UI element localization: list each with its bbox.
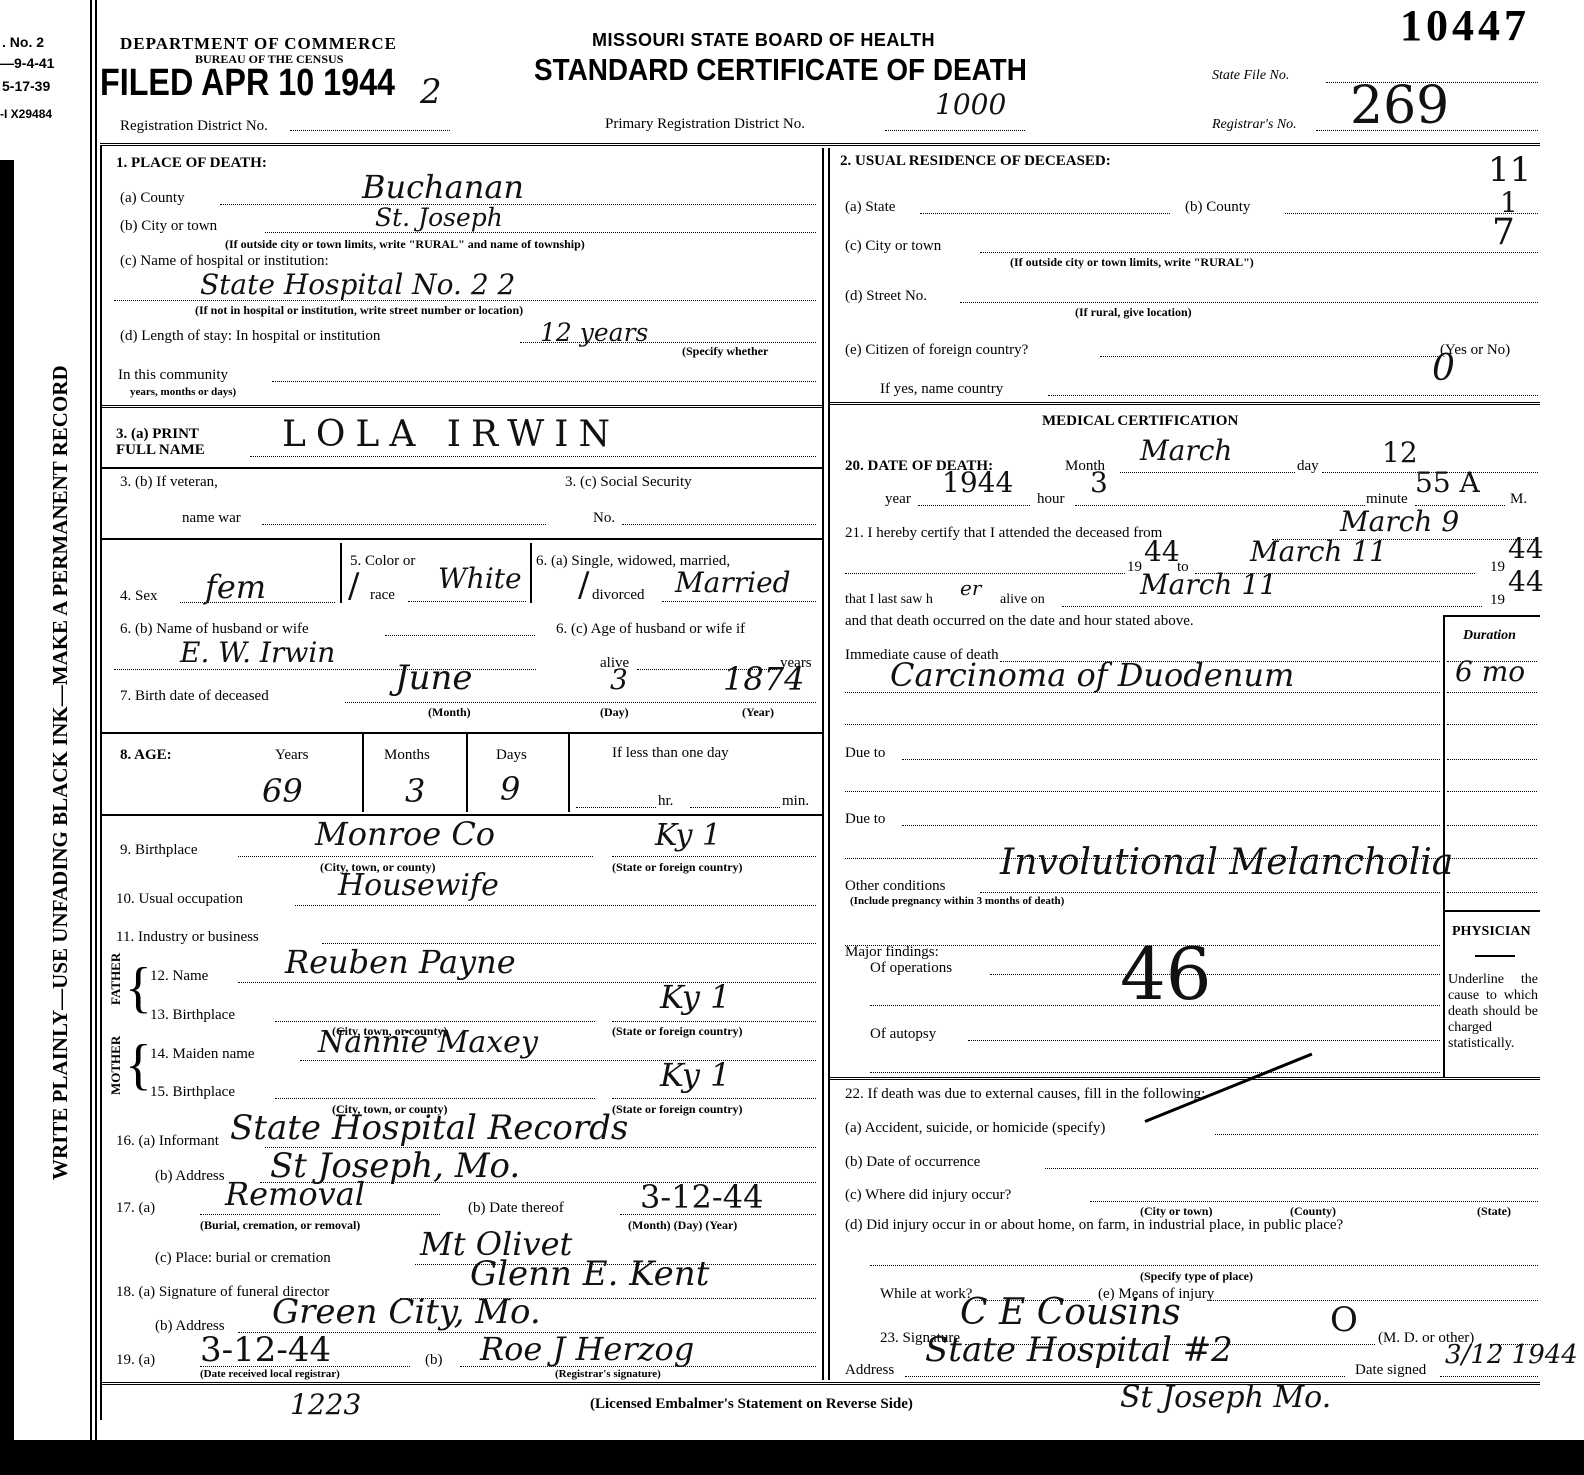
rule-after-name bbox=[100, 467, 822, 469]
from-year: 44 bbox=[1144, 535, 1180, 568]
res-city-mark: 7 bbox=[1492, 212, 1515, 253]
age-years: 69 bbox=[262, 772, 303, 810]
filed-handwritten: 2 bbox=[420, 72, 442, 112]
autopsy-field[interactable] bbox=[968, 1040, 1440, 1041]
residence-heading: 2. USUAL RESIDENCE OF DECEASED: bbox=[840, 153, 1111, 170]
date-signed-value: 3/12 1944 bbox=[1445, 1340, 1578, 1370]
country-label: If yes, name country bbox=[880, 381, 1003, 398]
father-name-value: Reuben Payne bbox=[285, 943, 516, 981]
column-divider-b bbox=[828, 148, 830, 1380]
occurred-label: and that death occurred on the date and … bbox=[845, 613, 1194, 630]
lastsaw-suffix: er bbox=[960, 576, 981, 600]
age-months-label: Months bbox=[384, 747, 430, 764]
dept-heading: DEPARTMENT OF COMMERCE bbox=[120, 34, 397, 54]
duration-label: Duration bbox=[1463, 628, 1516, 644]
ssn-field[interactable] bbox=[622, 524, 816, 525]
dod-month-value: March bbox=[1140, 434, 1232, 467]
footer-number: 1223 bbox=[290, 1388, 361, 1421]
funeral-director-value: Glenn E. Kent bbox=[470, 1254, 709, 1294]
informant-address-label: (b) Address bbox=[155, 1168, 225, 1185]
disposal-label: 17. (a) bbox=[116, 1200, 155, 1217]
disposal-field[interactable] bbox=[200, 1214, 440, 1215]
dod-year-value: 1944 bbox=[942, 466, 1013, 499]
county-label: (a) County bbox=[120, 190, 185, 207]
physician-dash bbox=[1475, 955, 1515, 957]
duration-dots-7 bbox=[1447, 892, 1537, 893]
lastsaw-year: 44 bbox=[1508, 565, 1544, 598]
disposal-date-label: (b) Date thereof bbox=[468, 1200, 564, 1217]
min-label: min. bbox=[782, 793, 809, 810]
signature-mark: O bbox=[1330, 1300, 1358, 1340]
birth-date-field[interactable] bbox=[345, 702, 816, 703]
date-signed-label: Date signed bbox=[1355, 1362, 1426, 1379]
father-birth-state: Ky 1 bbox=[660, 978, 730, 1016]
mother-maiden-label: 14. Maiden name bbox=[150, 1046, 255, 1063]
lastsaw-value: March 11 bbox=[1140, 568, 1277, 601]
duration-dots-3 bbox=[1447, 759, 1537, 760]
other-conditions-value: Involutional Melancholia bbox=[1000, 842, 1453, 883]
physician-top-rule bbox=[1443, 910, 1540, 912]
birthplace-city-field[interactable] bbox=[238, 856, 593, 857]
attended-to-value: March 11 bbox=[1250, 535, 1387, 568]
attended-dots bbox=[845, 573, 1125, 574]
occupation-value: Housewife bbox=[338, 868, 499, 903]
due-to-1-dots-2 bbox=[845, 791, 1440, 792]
margin-note-2: —9-4-41 bbox=[0, 55, 54, 71]
informant-value: State Hospital Records bbox=[230, 1108, 628, 1148]
external-b-field[interactable] bbox=[1045, 1168, 1538, 1169]
community-field[interactable] bbox=[272, 381, 816, 382]
father-side-label: FATHER bbox=[108, 953, 124, 1005]
rule-after-veteran bbox=[100, 538, 822, 540]
due-to-1-label: Due to bbox=[845, 745, 885, 762]
age-days: 9 bbox=[500, 770, 520, 808]
race-field[interactable] bbox=[408, 601, 526, 602]
industry-label: 11. Industry or business bbox=[116, 929, 259, 946]
immediate-value: Carcinoma of Duodenum bbox=[890, 656, 1294, 694]
mother-maiden-field[interactable] bbox=[300, 1060, 816, 1061]
margin-rule-1 bbox=[90, 0, 92, 1440]
rule-before-age bbox=[100, 732, 822, 734]
margin-note-3: 5-17-39 bbox=[2, 78, 50, 94]
external-c-caption-state: (State) bbox=[1477, 1204, 1511, 1219]
mother-birthplace-label: 15. Birthplace bbox=[150, 1084, 235, 1101]
director-address-value: Green City, Mo. bbox=[272, 1292, 541, 1332]
hr-label: hr. bbox=[658, 793, 673, 810]
father-birth-city-field[interactable] bbox=[275, 1021, 595, 1022]
attended-from-value: March 9 bbox=[1340, 505, 1459, 538]
disposal-date-value: 3-12-44 bbox=[640, 1178, 763, 1216]
dod-m-label: M. bbox=[1510, 491, 1527, 508]
received-caption: (Date received local registrar) bbox=[200, 1368, 340, 1380]
operations-label: Of operations bbox=[870, 960, 952, 977]
rule-after-place bbox=[100, 405, 822, 408]
birthplace-state-field[interactable] bbox=[612, 856, 816, 857]
birth-year-caption: (Year) bbox=[742, 705, 774, 720]
sex-label: 4. Sex bbox=[120, 588, 158, 605]
citizen-field[interactable] bbox=[1100, 356, 1440, 357]
birth-year: 1874 bbox=[723, 660, 804, 698]
other-conditions-label: Other conditions bbox=[845, 878, 945, 895]
registration-district-field bbox=[290, 130, 450, 131]
hospital-note: (If not in hospital or institution, writ… bbox=[195, 303, 523, 318]
means-field[interactable] bbox=[1210, 1300, 1538, 1301]
divorced-label: divorced bbox=[592, 587, 644, 604]
father-birthplace-label: 13. Birthplace bbox=[150, 1007, 235, 1024]
veteran-label: 3. (b) If veteran, bbox=[120, 474, 218, 491]
mother-birth-state: Ky 1 bbox=[660, 1056, 730, 1094]
registrars-no-value: 269 bbox=[1350, 76, 1449, 136]
header-rule bbox=[100, 143, 1540, 146]
birth-day: 3 bbox=[610, 663, 628, 696]
nineteen-2: 19 bbox=[1490, 559, 1505, 576]
spouse-age-label: 6. (c) Age of husband or wife if bbox=[556, 621, 745, 638]
stay-label: (d) Length of stay: In hospital or insti… bbox=[120, 328, 380, 345]
birth-month-caption: (Month) bbox=[428, 705, 471, 720]
dod-hour-label: hour bbox=[1037, 491, 1065, 508]
hospital-value: State Hospital No. 2 2 bbox=[200, 268, 515, 301]
lastsaw-field[interactable] bbox=[1062, 606, 1482, 607]
dod-day-label: day bbox=[1297, 458, 1319, 475]
age-div-1 bbox=[362, 734, 364, 812]
birthplace-state-caption: (State or foreign country) bbox=[612, 860, 743, 875]
nineteen-3: 19 bbox=[1490, 592, 1505, 609]
external-d-label: (d) Did injury occur in or about home, o… bbox=[845, 1217, 1343, 1234]
mother-birth-city-field[interactable] bbox=[275, 1098, 595, 1099]
birth-month: June bbox=[395, 658, 473, 698]
dod-month-field[interactable] bbox=[1120, 472, 1295, 473]
county-value: Buchanan bbox=[362, 168, 524, 206]
age-label: 8. AGE: bbox=[120, 747, 172, 764]
disposal-caption: (Burial, cremation, or removal) bbox=[200, 1218, 360, 1233]
spouse-value: E. W. Irwin bbox=[180, 636, 335, 669]
age-hr-field[interactable] bbox=[576, 807, 656, 808]
color-mark: / bbox=[348, 566, 359, 606]
city-label: (b) City or town bbox=[120, 218, 217, 235]
age-months: 3 bbox=[405, 772, 425, 810]
state-file-label: State File No. bbox=[1212, 68, 1289, 84]
duration-dots-6 bbox=[1447, 858, 1537, 859]
occupation-label: 10. Usual occupation bbox=[116, 891, 243, 908]
res-city-note: (If outside city or town limits, write "… bbox=[1010, 255, 1254, 270]
lastsaw-label: that I last saw h bbox=[845, 592, 933, 608]
other-conditions-field[interactable] bbox=[980, 892, 1440, 893]
city-field[interactable] bbox=[265, 232, 816, 233]
external-c-label: (c) Where did injury occur? bbox=[845, 1187, 1011, 1204]
duration-field-1[interactable] bbox=[1447, 692, 1537, 693]
ssn-label: 3. (c) Social Security bbox=[565, 474, 692, 491]
marital-value: Married bbox=[675, 566, 791, 599]
left-dark-edge bbox=[0, 160, 14, 1440]
mother-brace: { bbox=[125, 1037, 152, 1093]
registrar-label: (b) bbox=[425, 1352, 443, 1369]
state-field[interactable] bbox=[920, 213, 1170, 214]
due-to-2-label: Due to bbox=[845, 811, 885, 828]
duration-dots-4 bbox=[1447, 791, 1537, 792]
marital-field[interactable] bbox=[662, 601, 816, 602]
age-min-field[interactable] bbox=[690, 807, 780, 808]
filed-stamp: FILED APR 10 1944 bbox=[100, 62, 395, 105]
other-conditions-note: (Include pregnancy within 3 months of de… bbox=[850, 895, 1064, 907]
occupation-field[interactable] bbox=[295, 905, 816, 906]
age-less-label: If less than one day bbox=[612, 745, 729, 762]
dod-day-value: 12 bbox=[1382, 436, 1418, 469]
stamp-number: 10447 bbox=[1400, 0, 1530, 51]
birthplace-state: Ky 1 bbox=[655, 818, 721, 853]
marital-mark: / bbox=[578, 565, 589, 605]
rule-after-residence bbox=[830, 402, 1540, 405]
rule-before-external bbox=[830, 1077, 1540, 1080]
race-divider bbox=[530, 543, 532, 603]
country-field[interactable] bbox=[1048, 395, 1538, 396]
date-signed-field[interactable] bbox=[1440, 1376, 1538, 1377]
signature-address-label: Address bbox=[845, 1362, 894, 1379]
age-div-3 bbox=[568, 734, 570, 812]
margin-mark-46: 46 bbox=[1120, 932, 1212, 1016]
street-label: (d) Street No. bbox=[845, 288, 927, 305]
informant-label: 16. (a) Informant bbox=[116, 1133, 219, 1150]
embalmer-note: (Licensed Embalmer's Statement on Revers… bbox=[590, 1396, 913, 1413]
primary-district-field bbox=[885, 130, 1025, 131]
major-findings-label: Major findings: bbox=[845, 944, 939, 961]
registrar-caption: (Registrar's signature) bbox=[555, 1368, 661, 1380]
received-value: 3-12-44 bbox=[200, 1330, 331, 1370]
city-note: (If outside city or town limits, write "… bbox=[225, 237, 585, 252]
war-field[interactable] bbox=[262, 524, 546, 525]
name-value: LOLA IRWIN bbox=[282, 414, 620, 455]
res-county-label: (b) County bbox=[1185, 199, 1250, 216]
citizen-mark: 0 bbox=[1432, 348, 1455, 389]
duration-value: 6 mo bbox=[1455, 655, 1525, 688]
res-city-field[interactable] bbox=[980, 252, 1538, 253]
burial-place-label: (c) Place: burial or cremation bbox=[155, 1250, 331, 1267]
citizen-label: (e) Citizen of foreign country? bbox=[845, 342, 1028, 359]
due-to-1-field[interactable] bbox=[902, 759, 1440, 760]
operations-field[interactable] bbox=[990, 974, 1440, 975]
duration-top-rule bbox=[1443, 615, 1540, 617]
received-label: 19. (a) bbox=[116, 1352, 155, 1369]
birth-date-label: 7. Birth date of deceased bbox=[120, 688, 269, 705]
stay-value: 12 years bbox=[540, 318, 648, 347]
external-a-field[interactable] bbox=[1215, 1134, 1538, 1135]
father-state-caption: (State or foreign country) bbox=[612, 1024, 743, 1039]
external-a-label: (a) Accident, suicide, or homicide (spec… bbox=[845, 1120, 1105, 1137]
scan-border bbox=[0, 1440, 1584, 1475]
registrar-value: Roe J Herzog bbox=[480, 1330, 694, 1368]
certificate-title: STANDARD CERTIFICATE OF DEATH bbox=[534, 52, 1027, 88]
registration-district-label: Registration District No. bbox=[120, 118, 268, 135]
certify-label: 21. I hereby certify that I attended the… bbox=[845, 525, 1162, 542]
physician-note: Underline the cause to which death shoul… bbox=[1448, 972, 1538, 1052]
ssn-no-label: No. bbox=[593, 510, 615, 527]
vertical-instruction: WRITE PLAINLY—USE UNFADING BLACK INK—MAK… bbox=[48, 365, 73, 1180]
place-of-death-heading: 1. PLACE OF DEATH: bbox=[116, 155, 267, 172]
father-brace: { bbox=[125, 960, 152, 1016]
margin-note-4: -I X29484 bbox=[0, 107, 52, 121]
while-at-work-label: While at work? bbox=[880, 1286, 972, 1303]
res-city-label: (c) City or town bbox=[845, 238, 941, 255]
mother-maiden-value: Nannie Maxey bbox=[318, 1025, 538, 1060]
duration-dots-5 bbox=[1447, 825, 1537, 826]
signature-value: C E Cousins bbox=[960, 1292, 1181, 1333]
race-value: White bbox=[438, 562, 522, 595]
street-note: (If rural, give location) bbox=[1075, 305, 1192, 320]
disposal-value: Removal bbox=[225, 1175, 365, 1213]
immediate-dots-2 bbox=[845, 724, 1440, 725]
residence-mark-top: 11 bbox=[1488, 150, 1531, 190]
dod-year-field[interactable] bbox=[918, 505, 1030, 506]
mother-side-label: MOTHER bbox=[108, 1036, 124, 1095]
dod-hour-value: 3 bbox=[1090, 466, 1108, 499]
alive-on-label: alive on bbox=[1000, 592, 1045, 608]
street-field[interactable] bbox=[960, 302, 1538, 303]
birthplace-label: 9. Birthplace bbox=[120, 842, 197, 859]
bottom-rule bbox=[100, 1382, 1540, 1385]
external-b-label: (b) Date of occurrence bbox=[845, 1154, 980, 1171]
community-label: In this community bbox=[118, 367, 228, 384]
external-d-field[interactable] bbox=[870, 1265, 1538, 1266]
dod-hour-field[interactable] bbox=[1075, 505, 1365, 506]
frame-left bbox=[100, 145, 102, 1420]
stay-note: (Specify whether bbox=[682, 344, 768, 359]
disposal-date-caption: (Month) (Day) (Year) bbox=[628, 1218, 737, 1233]
physician-heading: PHYSICIAN bbox=[1452, 924, 1531, 940]
margin-rule-2 bbox=[95, 0, 97, 1440]
due-to-2-field[interactable] bbox=[902, 825, 1440, 826]
sex-divider bbox=[340, 543, 342, 603]
primary-district-label: Primary Registration District No. bbox=[605, 116, 805, 133]
column-divider-a bbox=[822, 148, 824, 1380]
death-certificate: . No. 2 —9-4-41 5-17-39 -I X29484 WRITE … bbox=[0, 0, 1584, 1440]
duration-dots-2 bbox=[1447, 724, 1537, 725]
registrars-no-label: Registrar's No. bbox=[1212, 117, 1297, 133]
father-name-label: 12. Name bbox=[150, 968, 208, 985]
age-div-2 bbox=[466, 734, 468, 812]
father-birth-state-field[interactable] bbox=[612, 1021, 816, 1022]
to-year: 44 bbox=[1508, 532, 1544, 565]
spouse-label-dots bbox=[385, 635, 535, 636]
signature-address-field[interactable] bbox=[905, 1376, 1345, 1377]
birth-day-caption: (Day) bbox=[600, 705, 629, 720]
city-value: St. Joseph bbox=[375, 203, 503, 232]
signature-address-value: State Hospital #2 bbox=[925, 1330, 1233, 1370]
autopsy-dots-2 bbox=[870, 1072, 1440, 1073]
sex-value: fem bbox=[205, 568, 266, 606]
signature-address-value-2: St Joseph Mo. bbox=[1120, 1380, 1331, 1415]
state-label: (a) State bbox=[845, 199, 895, 216]
dod-minute-value: 55 A bbox=[1415, 466, 1480, 499]
age-years-label: Years bbox=[275, 747, 308, 764]
medical-heading: MEDICAL CERTIFICATION bbox=[1042, 413, 1238, 430]
margin-note-1: . No. 2 bbox=[2, 34, 44, 50]
primary-district-value: 1000 bbox=[935, 88, 1006, 121]
mother-state-caption: (State or foreign country) bbox=[612, 1102, 743, 1117]
community-note: years, months or days) bbox=[130, 386, 236, 398]
race-label: race bbox=[370, 587, 395, 604]
external-heading: 22. If death was due to external causes,… bbox=[845, 1086, 1205, 1103]
external-c-field[interactable] bbox=[1090, 1201, 1538, 1202]
war-label: name war bbox=[182, 510, 241, 527]
autopsy-label: Of autopsy bbox=[870, 1026, 936, 1043]
name-label-2: FULL NAME bbox=[116, 442, 205, 459]
name-label-1: 3. (a) PRINT bbox=[116, 426, 199, 443]
mother-birth-state-field[interactable] bbox=[612, 1098, 816, 1099]
age-days-label: Days bbox=[496, 747, 527, 764]
board-heading: MISSOURI STATE BOARD OF HEALTH bbox=[592, 30, 935, 51]
dod-year-label: year bbox=[885, 491, 911, 508]
birthplace-city: Monroe Co bbox=[315, 815, 495, 853]
color-label: 5. Color or bbox=[350, 553, 415, 570]
external-d-caption: (Specify type of place) bbox=[1140, 1269, 1253, 1284]
name-field[interactable] bbox=[250, 456, 816, 457]
